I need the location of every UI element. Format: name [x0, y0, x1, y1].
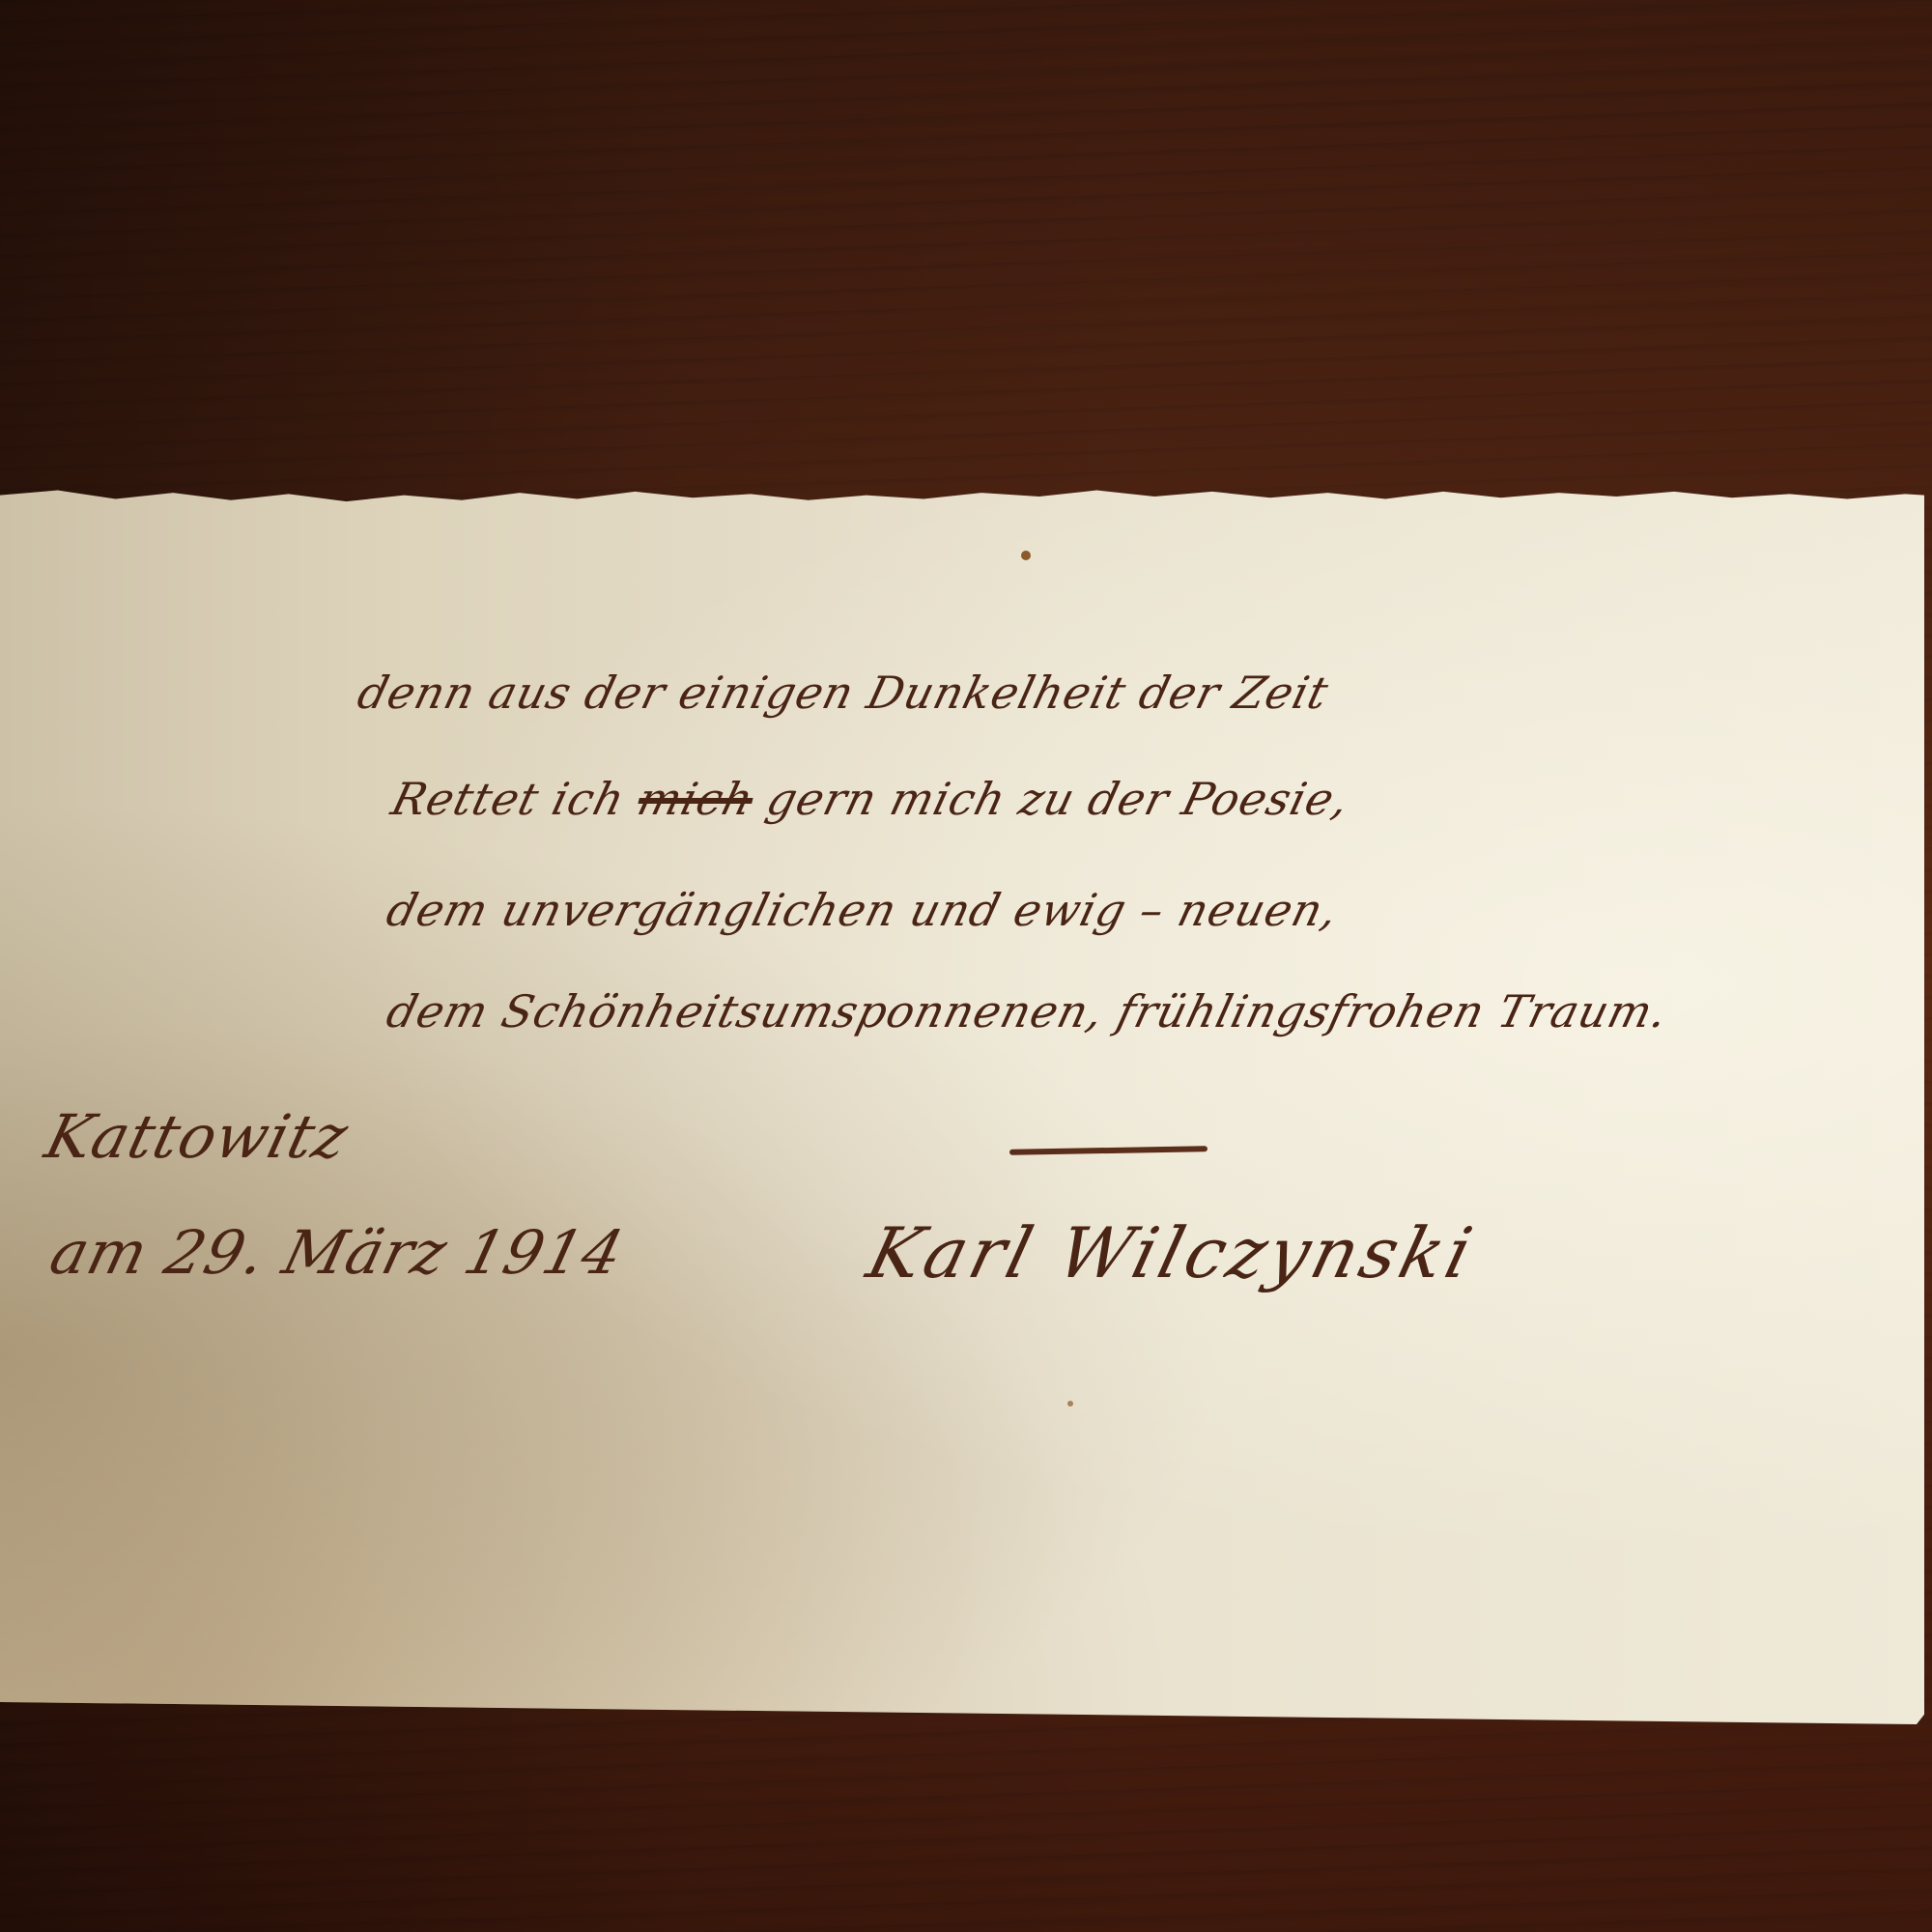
- letter-line-3: dem unvergänglichen und ewig – neuen,: [382, 884, 1344, 936]
- signature: Karl Wilczynski: [860, 1212, 1484, 1293]
- ink-spot: [1067, 1401, 1073, 1406]
- struck-word: mich: [633, 773, 759, 825]
- place-name: Kattowitz: [39, 1101, 355, 1172]
- letter-line-1: denn aus der einigen Dunkelheit der Zeit: [353, 667, 1334, 719]
- letter-line-2-start: Rettet ich: [386, 773, 645, 825]
- letter-line-2-end: gern mich zu der Poesie,: [747, 773, 1355, 825]
- letter-line-4: dem Schönheitsumsponnenen, frühlingsfroh…: [382, 985, 1674, 1037]
- ink-spot: [1021, 551, 1031, 560]
- date-line: am 29. März 1914: [43, 1217, 631, 1288]
- letter-line-2: Rettet ich mich gern mich zu der Poesie,: [386, 773, 1355, 825]
